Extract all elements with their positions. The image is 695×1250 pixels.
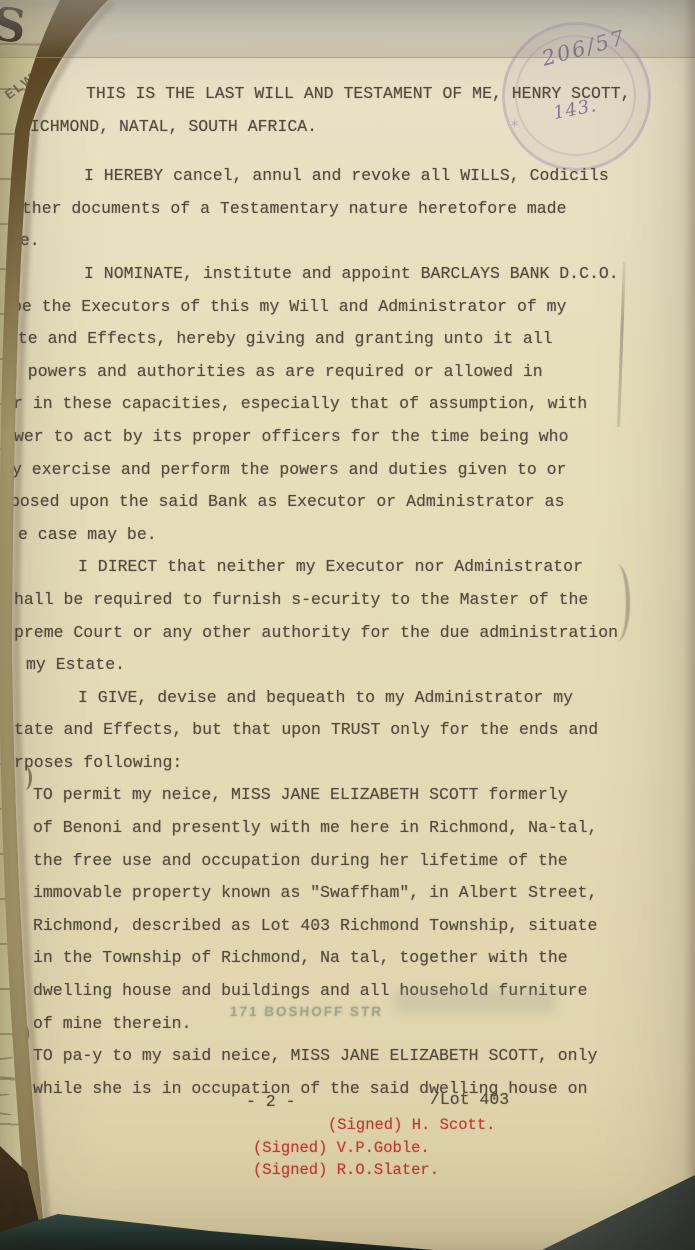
typed-body: THIS IS THE LAST WILL AND TESTAMENT OF M…: [0, 78, 695, 1105]
typed-line: me.: [10, 225, 695, 258]
typed-line: I GIVE, devise and bequeath to my Admini…: [78, 682, 695, 715]
typed-line: I DIRECT that neither my Executor nor Ad…: [78, 551, 695, 584]
typed-line: ate and Effects, hereby giving and grant…: [8, 323, 695, 356]
right-edge-shade: [683, 0, 695, 1250]
address-stamp-faint: 171 BOSHOFF STR: [230, 1004, 384, 1019]
typed-line: dwelling house and buildings and all hou…: [33, 975, 695, 1008]
typed-line: THIS IS THE LAST WILL AND TESTAMENT OF M…: [86, 78, 695, 111]
signature-line: (Signed) V.P.Goble.: [253, 1137, 695, 1160]
typed-line: my Estate.: [26, 649, 695, 682]
will-photo: S ELWET: [0, 0, 695, 1250]
typed-line: preme Court or any other authority for t…: [14, 617, 695, 650]
typed-line: while she is in occupation of the said d…: [33, 1073, 695, 1106]
typed-line: e case may be.: [18, 519, 695, 552]
page-number: - 2 -: [246, 1092, 296, 1111]
typed-line: Richmond, described as Lot 403 Richmond …: [33, 910, 695, 943]
typed-line: hall be required to furnish s-ecurity to…: [14, 584, 695, 617]
typed-line: rposes following:: [14, 747, 695, 780]
typed-line: other documents of a Testamentary nature…: [12, 193, 695, 226]
top-light-band: [0, 0, 695, 58]
typed-line: posed upon the said Bank as Executor or …: [10, 486, 695, 519]
typed-line: in the Township of Richmond, Na tal, tog…: [33, 942, 695, 975]
typed-line: the free use and occupation during her l…: [33, 845, 695, 878]
typed-line: RICHMOND, NATAL, SOUTH AFRICA.: [20, 111, 695, 144]
typed-line: I NOMINATE, institute and appoint BARCLA…: [84, 258, 695, 291]
signature-block: (Signed) H. Scott.(Signed) V.P.Goble.(Si…: [0, 1114, 695, 1182]
typed-line: y exercise and perform the powers and du…: [12, 454, 695, 487]
typed-line: TO permit my neice, MISS JANE ELIZABETH …: [33, 779, 695, 812]
continuation-ref: /Lot 403: [430, 1090, 509, 1109]
typed-line: r in these capacities, especially that o…: [13, 388, 695, 421]
typed-line: immovable property known as "Swaffham", …: [33, 877, 695, 910]
typed-line: h powers and authorities as are required…: [8, 356, 695, 389]
signature-line: (Signed) R.O.Slater.: [253, 1159, 695, 1182]
punch-shadow: [18, 766, 32, 790]
typed-line: of Benoni and presently with me here in …: [33, 812, 695, 845]
typed-line: wer to act by its proper officers for th…: [14, 421, 695, 454]
typed-line: I HEREBY cancel, annul and revoke all WI…: [84, 160, 695, 193]
typed-line: be the Executors of this my Will and Adm…: [12, 291, 695, 324]
typed-line: tate and Effects, but that upon TRUST on…: [14, 714, 695, 747]
address-stamp-blur: [395, 990, 555, 1012]
signature-line: (Signed) H. Scott.: [328, 1114, 695, 1137]
typed-line: TO pa-y to my said neice, MISS JANE ELIZ…: [33, 1040, 695, 1073]
page-content: ✶ 206/57 143. THIS IS THE LAST WILL AND …: [0, 0, 695, 1250]
